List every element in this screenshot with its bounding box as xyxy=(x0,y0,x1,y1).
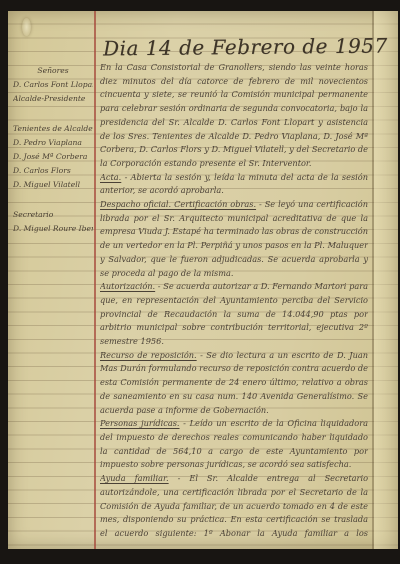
minutes-paragraph-autorizacion: Autorización. - Se acuerda autorizar a D… xyxy=(100,280,368,349)
paragraph-text: En la Casa Consistorial de Granollers, s… xyxy=(100,62,368,168)
margin-name-teniente-3: D. Carlos Flors xyxy=(13,164,93,178)
margin-label-alcalde-presidente: Alcalde-Presidente xyxy=(13,92,93,106)
page-edge-strip xyxy=(374,11,398,549)
minutes-paragraph-despacho-oficial: Despacho oficial. Certificación obras. -… xyxy=(100,198,368,280)
binder-hole-mark xyxy=(22,18,31,36)
margin-name-teniente-4: D. Miguel Vilatell xyxy=(13,178,93,192)
section-heading: Ayuda familiar. xyxy=(100,473,169,483)
margin-name-teniente-2: D. José Mª Corbera xyxy=(13,150,93,164)
margin-label-senores: Señores xyxy=(13,64,93,78)
minutes-paragraph-ayuda-familiar: Ayuda familiar. - El Sr. Alcalde entrega… xyxy=(100,472,368,541)
minutes-paragraph-acta: Acta. - Abierta la sesión y, leída la mi… xyxy=(100,171,368,198)
margin-name-teniente-1: D. Pedro Viaplana xyxy=(13,136,93,150)
page-title: Dia 14 de Febrero de 1957 xyxy=(103,34,373,61)
ledger-page: Dia 14 de Febrero de 1957 Señores D. Car… xyxy=(8,11,398,549)
margin-name-alcalde: D. Carlos Font Llopart xyxy=(13,78,93,92)
minutes-body: En la Casa Consistorial de Granollers, s… xyxy=(100,61,368,541)
paragraph-text: - Abierta la sesión y, leída la minuta d… xyxy=(100,172,368,196)
ledger-photo: Dia 14 de Febrero de 1957 Señores D. Car… xyxy=(0,0,400,564)
margin-name-secretario: D. Miguel Roure Ibern xyxy=(13,222,93,236)
section-heading: Autorización. xyxy=(100,281,155,291)
paragraph-text: - Se leyó una certificación librada por … xyxy=(100,199,368,278)
section-heading: Acta. xyxy=(100,172,121,182)
section-heading: Personas jurídicas. xyxy=(100,418,180,428)
margin-label-secretario: Secretario xyxy=(13,208,93,222)
section-heading: Despacho oficial. Certificación obras. xyxy=(100,199,256,209)
minutes-paragraph-personas-juridicas: Personas jurídicas. - Leído un escrito d… xyxy=(100,417,368,472)
margin-label-tenientes: Tenientes de Alcalde xyxy=(13,122,93,136)
attendees-margin: Señores D. Carlos Font Llopart Alcalde-P… xyxy=(13,64,93,236)
paragraph-text: - El Sr. Alcalde entrega al Secretario a… xyxy=(100,473,368,541)
margin-rule-line xyxy=(94,11,96,549)
minutes-paragraph-recurso: Recurso de reposición. - Se dio lectura … xyxy=(100,349,368,418)
section-heading: Recurso de reposición. xyxy=(100,350,197,360)
minutes-paragraph-opening: En la Casa Consistorial de Granollers, s… xyxy=(100,61,368,171)
